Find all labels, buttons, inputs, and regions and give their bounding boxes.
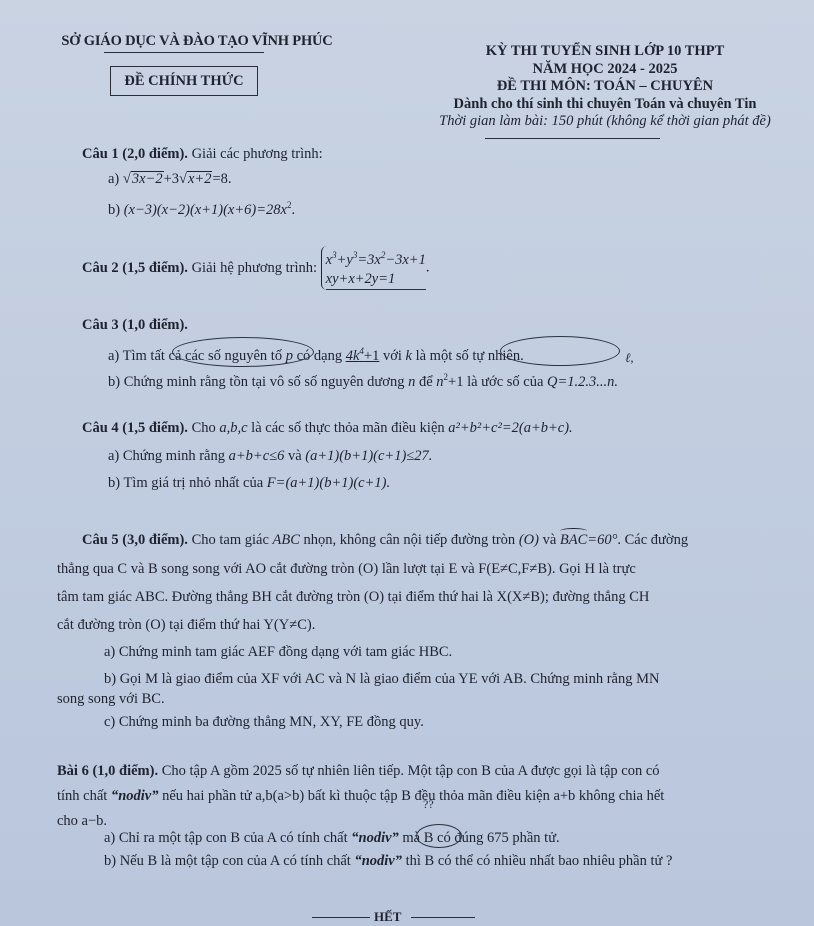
text-segment: Cho tam giác	[188, 532, 273, 548]
part-label: b)	[108, 202, 120, 218]
text-segment: nếu hai phần tử a,b(a>b) bất kì thuộc tậ…	[159, 788, 665, 804]
equation-2: xy+x+2y=1	[326, 270, 426, 290]
text-segment: Cho tập A gồm 2025 số tự nhiên liên tiếp…	[158, 763, 659, 779]
text-segment: “nodiv”	[354, 853, 402, 869]
school-year: NĂM HỌC 2024 - 2025	[385, 61, 814, 79]
math-text: .	[426, 259, 430, 275]
text-segment: a) Chứng minh rằng	[108, 448, 229, 464]
question-3b: b) Chứng minh rằng tồn tại vô số số nguy…	[108, 368, 618, 391]
math-text: =8.	[212, 171, 231, 187]
part-label: a)	[108, 171, 119, 187]
text-segment: a,b,c	[219, 420, 247, 436]
time-value: 150 phút (không kể thời gian phát đề)	[552, 113, 771, 129]
radicand-1: 3x−2	[131, 171, 164, 187]
text-segment: là các số thực thỏa mãn điều kiện	[248, 420, 449, 436]
text-segment: =3x	[357, 252, 380, 268]
equation: (x−3)(x−2)(x+1)(x+6)=28x	[124, 202, 287, 218]
text-segment: . Các đường	[617, 532, 688, 548]
text-segment: và	[539, 532, 560, 548]
question-6: Bài 6 (1,0 điểm). Cho tập A gồm 2025 số …	[57, 762, 660, 780]
question-3a: a) Tìm tất cả các số nguyên tố p có dạng…	[108, 342, 524, 365]
text-segment: 4k	[346, 348, 360, 364]
question-2-prompt: Giải hệ phương trình:	[188, 260, 317, 276]
text-segment: là ước số của	[463, 374, 547, 390]
text-segment: x3+y3=3x2−3x+1	[326, 246, 426, 270]
question-3-heading: Câu 3 (1,0 điểm).	[82, 317, 188, 333]
question-6-heading: Bài 6 (1,0 điểm).	[57, 763, 158, 779]
header-underline	[485, 138, 660, 139]
text-segment: +1	[364, 348, 379, 364]
text-segment: +y	[337, 252, 353, 268]
text-segment: và	[284, 448, 305, 464]
question-4a: a) Chứng minh rằng a+b+c≤6 và (a+1)(b+1)…	[108, 447, 432, 465]
question-5-line-3: tâm tam giác ABC. Đường thẳng BH cắt đườ…	[57, 588, 649, 606]
text-segment: Cho	[188, 420, 219, 436]
math-text: .	[291, 202, 295, 218]
text-segment: thì B có thể có nhiều nhất bao nhiêu phầ…	[402, 853, 672, 869]
text-segment: √	[123, 171, 131, 187]
radicand-2: x+2	[187, 171, 212, 187]
question-5c: c) Chứng minh ba đường thẳng MN, XY, FE …	[104, 713, 424, 731]
text-segment: a+b+c≤6	[229, 448, 285, 464]
text-segment: (O)	[519, 532, 539, 548]
end-marker: HẾT	[374, 909, 401, 925]
text-segment: Câu 2 (1,5 điểm). Giải hệ phương trình:	[82, 259, 317, 277]
exam-subject: ĐỀ THI MÔN: TOÁN – CHUYÊN	[385, 78, 814, 96]
exam-audience: Dành cho thí sinh thi chuyên Toán và chu…	[385, 96, 814, 114]
question-4-heading: Câu 4 (1,5 điểm).	[82, 420, 188, 436]
pen-circle-annotation	[172, 337, 314, 367]
text-segment: F=(a+1)(b+1)(c+1).	[267, 475, 390, 491]
text-segment: với	[379, 348, 405, 364]
equation-system: x3+y3=3x2−3x+1 xy+x+2y=1	[321, 246, 426, 290]
text-segment: b) Tìm giá trị nhỏ nhất của	[108, 475, 267, 491]
question-1: Câu 1 (2,0 điểm). Giải các phương trình:	[82, 145, 323, 163]
text-segment: (a+1)(b+1)(c+1)≤27.	[305, 448, 432, 464]
department-text: SỞ GIÁO DỤC VÀ ĐÀO TẠO VĨNH PHÚC	[61, 33, 332, 49]
question-1-prompt: Giải các phương trình:	[188, 146, 323, 162]
text-segment: a²+b²+c²=2(a+b+c).	[448, 420, 572, 436]
text-segment: √	[179, 171, 187, 187]
question-3: Câu 3 (1,0 điểm).	[82, 316, 188, 334]
text-segment: a) Chỉ ra một tập con B của A có tính ch…	[104, 830, 351, 846]
text-segment: +1	[448, 374, 463, 390]
question-5-line-2: thẳng qua C và B song song với AO cắt đư…	[57, 560, 636, 578]
question-5-heading: Câu 5 (3,0 điểm).	[82, 532, 188, 548]
pen-circle-annotation	[500, 336, 620, 366]
question-1a: a) √3x−2+3√x+2=8.	[108, 170, 232, 188]
text-segment: “nodiv”	[351, 830, 399, 846]
question-5b-cont: song song với BC.	[57, 690, 165, 708]
math-text: +3	[164, 171, 179, 187]
text-segment: 4k4+1	[346, 348, 380, 364]
question-5-line-4: cắt đường tròn (O) tại điểm thứ hai Y(Y≠…	[57, 616, 315, 634]
text-segment: “nodiv”	[111, 788, 159, 804]
question-6b: b) Nếu B là một tập con của A có tính ch…	[104, 852, 672, 870]
question-2-heading: Câu 2 (1,5 điểm).	[82, 260, 188, 276]
time-prefix: Thời gian làm bài:	[439, 113, 551, 129]
end-line-left	[312, 917, 370, 918]
pen-circle-annotation	[416, 824, 462, 848]
question-6-line-3: cho a−b.	[57, 812, 107, 830]
question-4: Câu 4 (1,5 điểm). Cho a,b,c là các số th…	[82, 419, 573, 437]
question-1-heading: Câu 1 (2,0 điểm).	[82, 146, 188, 162]
question-2: Câu 2 (1,5 điểm). Giải hệ phương trình: …	[82, 246, 429, 290]
text-segment: −3x+1	[385, 252, 426, 268]
question-6a: a) Chỉ ra một tập con B của A có tính ch…	[104, 829, 560, 847]
question-4b: b) Tìm giá trị nhỏ nhất của F=(a+1)(b+1)…	[108, 474, 390, 492]
department-underline	[104, 52, 264, 53]
question-5b: b) Gọi M là giao điểm của XF với AC và N…	[104, 670, 659, 688]
question-1b: b) (x−3)(x−2)(x+1)(x+6)=28x2.	[108, 196, 295, 219]
exam-time: Thời gian làm bài: 150 phút (không kể th…	[385, 113, 814, 131]
text-segment: n	[436, 374, 443, 390]
text-segment: BAC	[560, 531, 587, 549]
question-5a: a) Chứng minh tam giác AEF đồng dạng với…	[104, 643, 452, 661]
end-line-right	[411, 917, 475, 918]
text-segment: b) Chứng minh rằng tồn tại vô số số nguy…	[108, 374, 408, 390]
text-segment: để	[415, 374, 436, 390]
exam-title: KỲ THI TUYỂN SINH LỚP 10 THPT	[385, 43, 814, 61]
question-5: Câu 5 (3,0 điểm). Cho tam giác ABC nhọn,…	[82, 531, 688, 549]
text-segment: =60°	[587, 532, 617, 548]
pen-mark-annotation: ℓ,	[625, 350, 634, 366]
text-segment: Q=1.2.3...n.	[547, 374, 618, 390]
official-stamp-box: ĐỀ CHÍNH THỨC	[110, 66, 258, 96]
text-segment: tính chất	[57, 788, 111, 804]
text-segment: nhọn, không cân nội tiếp đường tròn	[300, 532, 519, 548]
department-name: SỞ GIÁO DỤC VÀ ĐÀO TẠO VĨNH PHÚC	[52, 33, 342, 50]
question-6-line-2: tính chất “nodiv” nếu hai phần tử a,b(a>…	[57, 787, 664, 805]
text-segment: ABC	[273, 532, 300, 548]
exam-header: KỲ THI TUYỂN SINH LỚP 10 THPT NĂM HỌC 20…	[385, 43, 814, 131]
pen-question-mark-annotation: ??	[423, 797, 434, 812]
text-segment: b) Nếu B là một tập con của A có tính ch…	[104, 853, 354, 869]
